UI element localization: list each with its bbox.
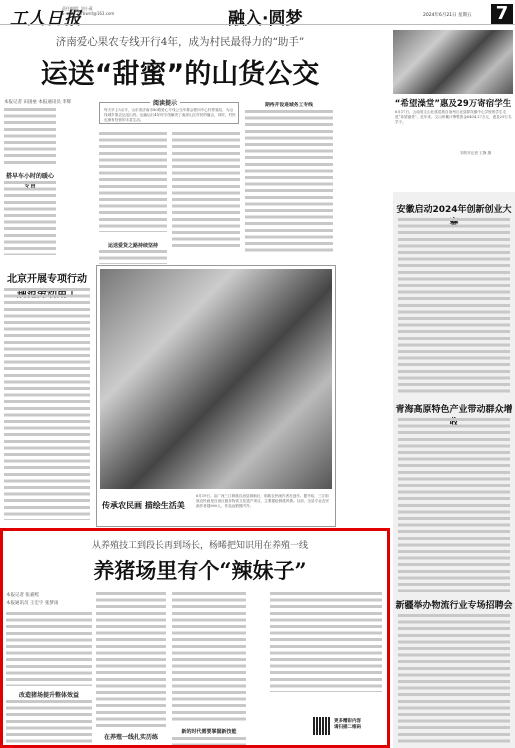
editor-note-box: 阅读提示 每天早上5点半，山东省济南市80路爱心专线公交车都会驶向中心村停靠站，… [99, 102, 239, 124]
masthead-info: 责任编辑: 刘小燕 E-mail: grrbwrd@163.com [62, 6, 114, 16]
page-number: 7 [491, 4, 513, 24]
section-title: 融入·圆梦 [228, 4, 302, 29]
lead-headline[interactable]: 运送“甜蜜”的山货公交 [40, 52, 320, 91]
qinghai-body [398, 418, 510, 592]
editor-note-label: 阅读提示 [150, 98, 180, 107]
anhui-body [398, 218, 510, 396]
masthead-divider [0, 24, 515, 25]
featured-body-col4 [270, 592, 382, 692]
lead-byline: 本报记者 田国垒 本报通讯员 李辉 [4, 99, 71, 105]
featured-byline-2: 本报通讯员 王宏宇 张梦雨 [6, 600, 58, 606]
featured-subhead-1: 改造猪场提升整体效益 [6, 690, 92, 699]
lead-kicker: 济南爱心果农专线开行4年，成为村民最得力的“助手” [30, 34, 330, 49]
xinjiang-headline[interactable]: 新疆举办物流行业专场招聘会 [393, 598, 515, 611]
hope-bathhouse-headline[interactable]: “希望澡堂”惠及29万寄宿学生 [393, 97, 513, 109]
lead-body-col1b [4, 181, 56, 255]
featured-byline-1: 本报记者 张嘉熙 [6, 592, 39, 598]
xinjiang-body [398, 614, 510, 744]
folk-painting-photo[interactable] [100, 269, 332, 489]
featured-headline[interactable]: 养猪场里有个“辣妹子” [60, 555, 340, 585]
lead-body-col2 [99, 132, 167, 232]
featured-subhead-3: 新的时代需要掌握新技能 [172, 728, 246, 735]
featured-body-col1b [6, 700, 92, 744]
qr-label-line2: 请扫描二维码 [334, 725, 361, 731]
qr-code[interactable] [313, 717, 331, 735]
featured-body-col1 [6, 612, 92, 686]
side-subhead: 期待开设进城务工专线 [245, 101, 333, 108]
hope-bathhouse-text: 6月17日，云南省文山壮族苗族自治州丘北县驿岚镇中心学校的学生走进“希望澡堂”。… [395, 110, 513, 150]
lead-subhead-2: 运送爱货之路持续坚持 [99, 242, 167, 249]
featured-body-col2 [96, 592, 166, 728]
hope-bathhouse-credit: 刘传安记者 王静 摄 [460, 150, 491, 156]
photo-feature-title: 传承农民画 描绘生活美 [102, 500, 192, 511]
lead-body-col4 [245, 110, 333, 255]
lead-body-col3 [172, 132, 240, 248]
hope-bathhouse-photo[interactable] [393, 30, 513, 94]
page-date: 2024年6月21日 星期五 [423, 12, 471, 18]
qr-label: 更多精彩内容 请扫描二维码 [334, 719, 361, 731]
email-info: E-mail: grrbwrd@163.com [62, 11, 114, 16]
featured-subhead-2: 在养殖一线扎实历练 [96, 732, 166, 741]
lead-body-col2b [99, 250, 167, 264]
editor-note-text: 每天早上5点半，山东省济南市80路爱心专线公交车都会驶向中心村停靠站，为沿线城乡… [104, 108, 236, 124]
featured-body-col3 [172, 592, 246, 724]
photo-feature-caption: 6月19日，由广西三江侗族自治县侗画社，侗族农民画作者在创作。据介绍，三江侗族农… [196, 494, 332, 522]
lead-body-col1 [4, 108, 56, 165]
featured-body-col3b [172, 737, 246, 745]
featured-kicker: 从养殖技工到段长再到场长，杨晞把知识用在养殖一线 [70, 538, 330, 551]
beijing-body [4, 288, 90, 520]
